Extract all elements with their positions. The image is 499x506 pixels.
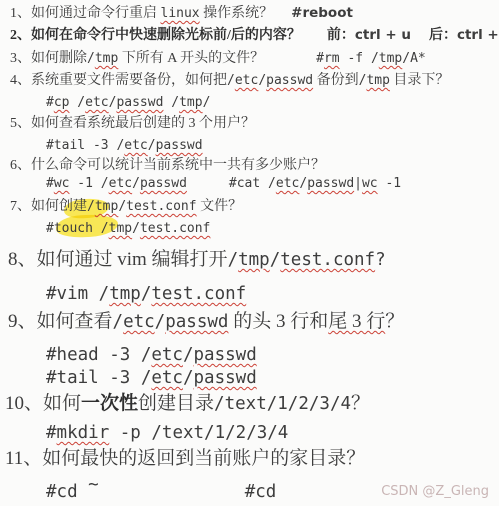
document-page: 1、如何通过命令行重启 linux 操作系统？#reboot2、如何在命令行中快…: [0, 0, 499, 506]
text-segment: /: [163, 95, 179, 110]
text-segment: 创建目录: [138, 393, 214, 414]
text-segment: etc: [276, 176, 299, 191]
text-segment: test.conf: [140, 221, 210, 236]
text-segment: /: [69, 95, 85, 110]
text-segment: etc: [124, 138, 147, 153]
answer-7: #touch /tmp/test.conf: [46, 220, 210, 237]
text-segment: /A*: [402, 51, 425, 66]
text-segment: etc: [151, 368, 183, 388]
text-segment: rm: [324, 51, 340, 66]
text-segment: /: [228, 250, 239, 270]
text-segment: /: [118, 199, 126, 214]
text-segment: 前：: [327, 28, 355, 43]
text-segment: #touch /: [46, 221, 109, 236]
text-segment: 尾 3 行: [328, 311, 385, 332]
question-9: 9、如何查看/etc/passwd 的头 3 行和尾 3 行？: [8, 310, 404, 334]
text-segment: tmp: [238, 250, 270, 270]
answer-9a: #head -3 /etc/passwd: [46, 343, 257, 367]
text-segment: test.conf: [151, 284, 246, 304]
text-segment: test.conf: [126, 199, 196, 214]
answer-10: #mkdir -p /text/1/2/3/4: [46, 421, 288, 445]
text-segment: 5、如何查看系统最后创建的 3 个用户？: [10, 116, 255, 131]
text-segment: passwd: [116, 95, 163, 110]
answer-11: #cd ~#cd: [46, 474, 276, 504]
text-segment: /: [141, 284, 152, 304]
answer-4: #cp /etc/passwd /tmp/: [46, 94, 210, 111]
text-segment: /: [183, 345, 194, 365]
text-segment: #: [46, 423, 57, 443]
text-segment: tmp: [95, 51, 118, 66]
text-segment: /: [155, 312, 166, 332]
text-segment: 8、如何通过 vim 编辑打开: [8, 249, 228, 270]
question-3: 3、如何删除/tmp 下所有 A 开头的文件？#rm -f /tmp/A*: [10, 50, 426, 67]
text-segment: 操作系统？: [200, 6, 274, 21]
text-segment: -1 /: [69, 176, 108, 191]
text-segment: -1: [378, 176, 401, 191]
text-segment: wc: [362, 176, 378, 191]
text-segment: passwd: [266, 73, 313, 88]
text-segment: /: [203, 95, 211, 110]
text-segment: #: [316, 51, 324, 66]
text-segment: tmp: [109, 221, 132, 236]
text-segment: tmp: [366, 73, 389, 88]
text-segment: |: [354, 176, 362, 191]
text-segment: mkdir: [57, 423, 110, 443]
text-segment: etc: [235, 73, 258, 88]
text-segment: etc: [85, 95, 108, 110]
text-segment: 一次性: [81, 393, 138, 414]
text-segment: 1、如何通过命令行重启: [10, 6, 161, 21]
text-segment: 文件？: [197, 199, 243, 214]
text-segment: /: [132, 221, 140, 236]
answer-8: #vim /tmp/test.conf: [46, 282, 246, 306]
text-segment: 11、如何最快的返回到当前账户的家目录？: [5, 448, 365, 469]
text-segment: ctrl + u: [355, 27, 411, 43]
text-segment: passwd: [307, 176, 354, 191]
text-segment: /: [258, 73, 266, 88]
text-segment: #tail -3 /: [46, 368, 151, 388]
text-segment: #head -3 /: [46, 345, 151, 365]
text-segment: wc: [54, 176, 70, 191]
text-segment: #cd: [46, 482, 88, 502]
text-segment: 4、系统重要文件需要备份，如何把: [10, 73, 227, 88]
text-segment: passwd: [140, 176, 187, 191]
text-segment: /: [87, 51, 95, 66]
text-segment: ~: [88, 475, 99, 495]
text-segment: #tail -3 /: [46, 138, 124, 153]
text-segment: 7、如何创建: [10, 199, 87, 214]
text-segment: passwd: [194, 345, 257, 365]
text-segment: #vim /: [46, 284, 109, 304]
answer-5: #tail -3 /etc/passwd: [46, 137, 203, 154]
text-segment: 目录下？: [390, 73, 450, 88]
text-segment: 6、什么命令可以统计当前系统中一共有多少账户？: [10, 158, 325, 173]
text-segment: passwd: [194, 368, 257, 388]
text-segment: -p /text/1/2/3/4: [109, 423, 288, 443]
answer-6: #wc -1 /etc/passwd#cat /etc/passwd|wc -1: [46, 175, 401, 192]
text-segment: tmp: [179, 95, 202, 110]
question-5: 5、如何查看系统最后创建的 3 个用户？: [10, 115, 255, 132]
text-segment: linux: [161, 6, 200, 21]
text-segment: ？: [385, 311, 404, 332]
text-segment: /: [227, 73, 235, 88]
answer-9b: #tail -3 /etc/passwd: [46, 366, 257, 390]
text-segment: /: [148, 138, 156, 153]
text-segment: #: [46, 176, 54, 191]
text-segment: test.conf: [280, 250, 375, 270]
text-segment: passwd: [165, 312, 228, 332]
text-segment: -f /: [340, 51, 379, 66]
question-10: 10、如何一次性创建目录/text/1/2/3/4？: [5, 392, 370, 416]
text-segment: /: [113, 312, 124, 332]
question-7: 7、如何创建/tmp/test.conf 文件？: [10, 198, 242, 215]
text-segment: tmp: [379, 51, 402, 66]
text-segment: /: [183, 368, 194, 388]
text-segment: #cd: [245, 482, 277, 502]
question-6: 6、什么命令可以统计当前系统中一共有多少账户？: [10, 157, 325, 174]
text-segment: /: [299, 176, 307, 191]
text-segment: 下所有 A 开头的文件？: [118, 51, 264, 66]
text-segment: etc: [109, 176, 132, 191]
text-segment: 后：: [429, 28, 457, 43]
text-segment: tmp: [109, 284, 141, 304]
text-segment: 3、如何删除: [10, 51, 87, 66]
text-segment: etc: [123, 312, 155, 332]
text-segment: 备份到: [313, 73, 359, 88]
text-segment: etc: [151, 345, 183, 365]
csdn-watermark: CSDN @Z_Gleng: [381, 484, 489, 499]
question-1: 1、如何通过命令行重启 linux 操作系统？#reboot: [10, 5, 353, 22]
text-segment: #cat /: [229, 176, 276, 191]
text-segment: ?: [375, 250, 386, 270]
text-segment: 10、如何: [5, 393, 81, 414]
text-segment: /text/1/2/3/4: [214, 394, 351, 414]
text-segment: 的头 3 行和: [228, 311, 328, 332]
text-segment: tmp: [95, 199, 118, 214]
question-11: 11、如何最快的返回到当前账户的家目录？: [5, 447, 365, 470]
text-segment: #reboot: [291, 5, 353, 21]
text-segment: cp: [54, 95, 70, 110]
text-segment: 2、如何在命令行中快速删除光标前/后的内容？: [10, 28, 301, 43]
question-2: 2、如何在命令行中快速删除光标前/后的内容？前：ctrl + u后：ctrl +…: [10, 27, 499, 44]
text-segment: 9、如何查看: [8, 311, 113, 332]
text-segment: ctrl + k: [457, 27, 499, 43]
text-segment: passwd: [156, 138, 203, 153]
text-segment: /: [87, 199, 95, 214]
text-segment: ？: [351, 393, 370, 414]
question-8: 8、如何通过 vim 编辑打开/tmp/test.conf?: [8, 248, 386, 272]
text-segment: /: [270, 250, 281, 270]
text-segment: #: [46, 95, 54, 110]
question-4: 4、系统重要文件需要备份，如何把/etc/passwd 备份到/tmp 目录下？: [10, 72, 449, 89]
text-segment: /: [132, 176, 140, 191]
